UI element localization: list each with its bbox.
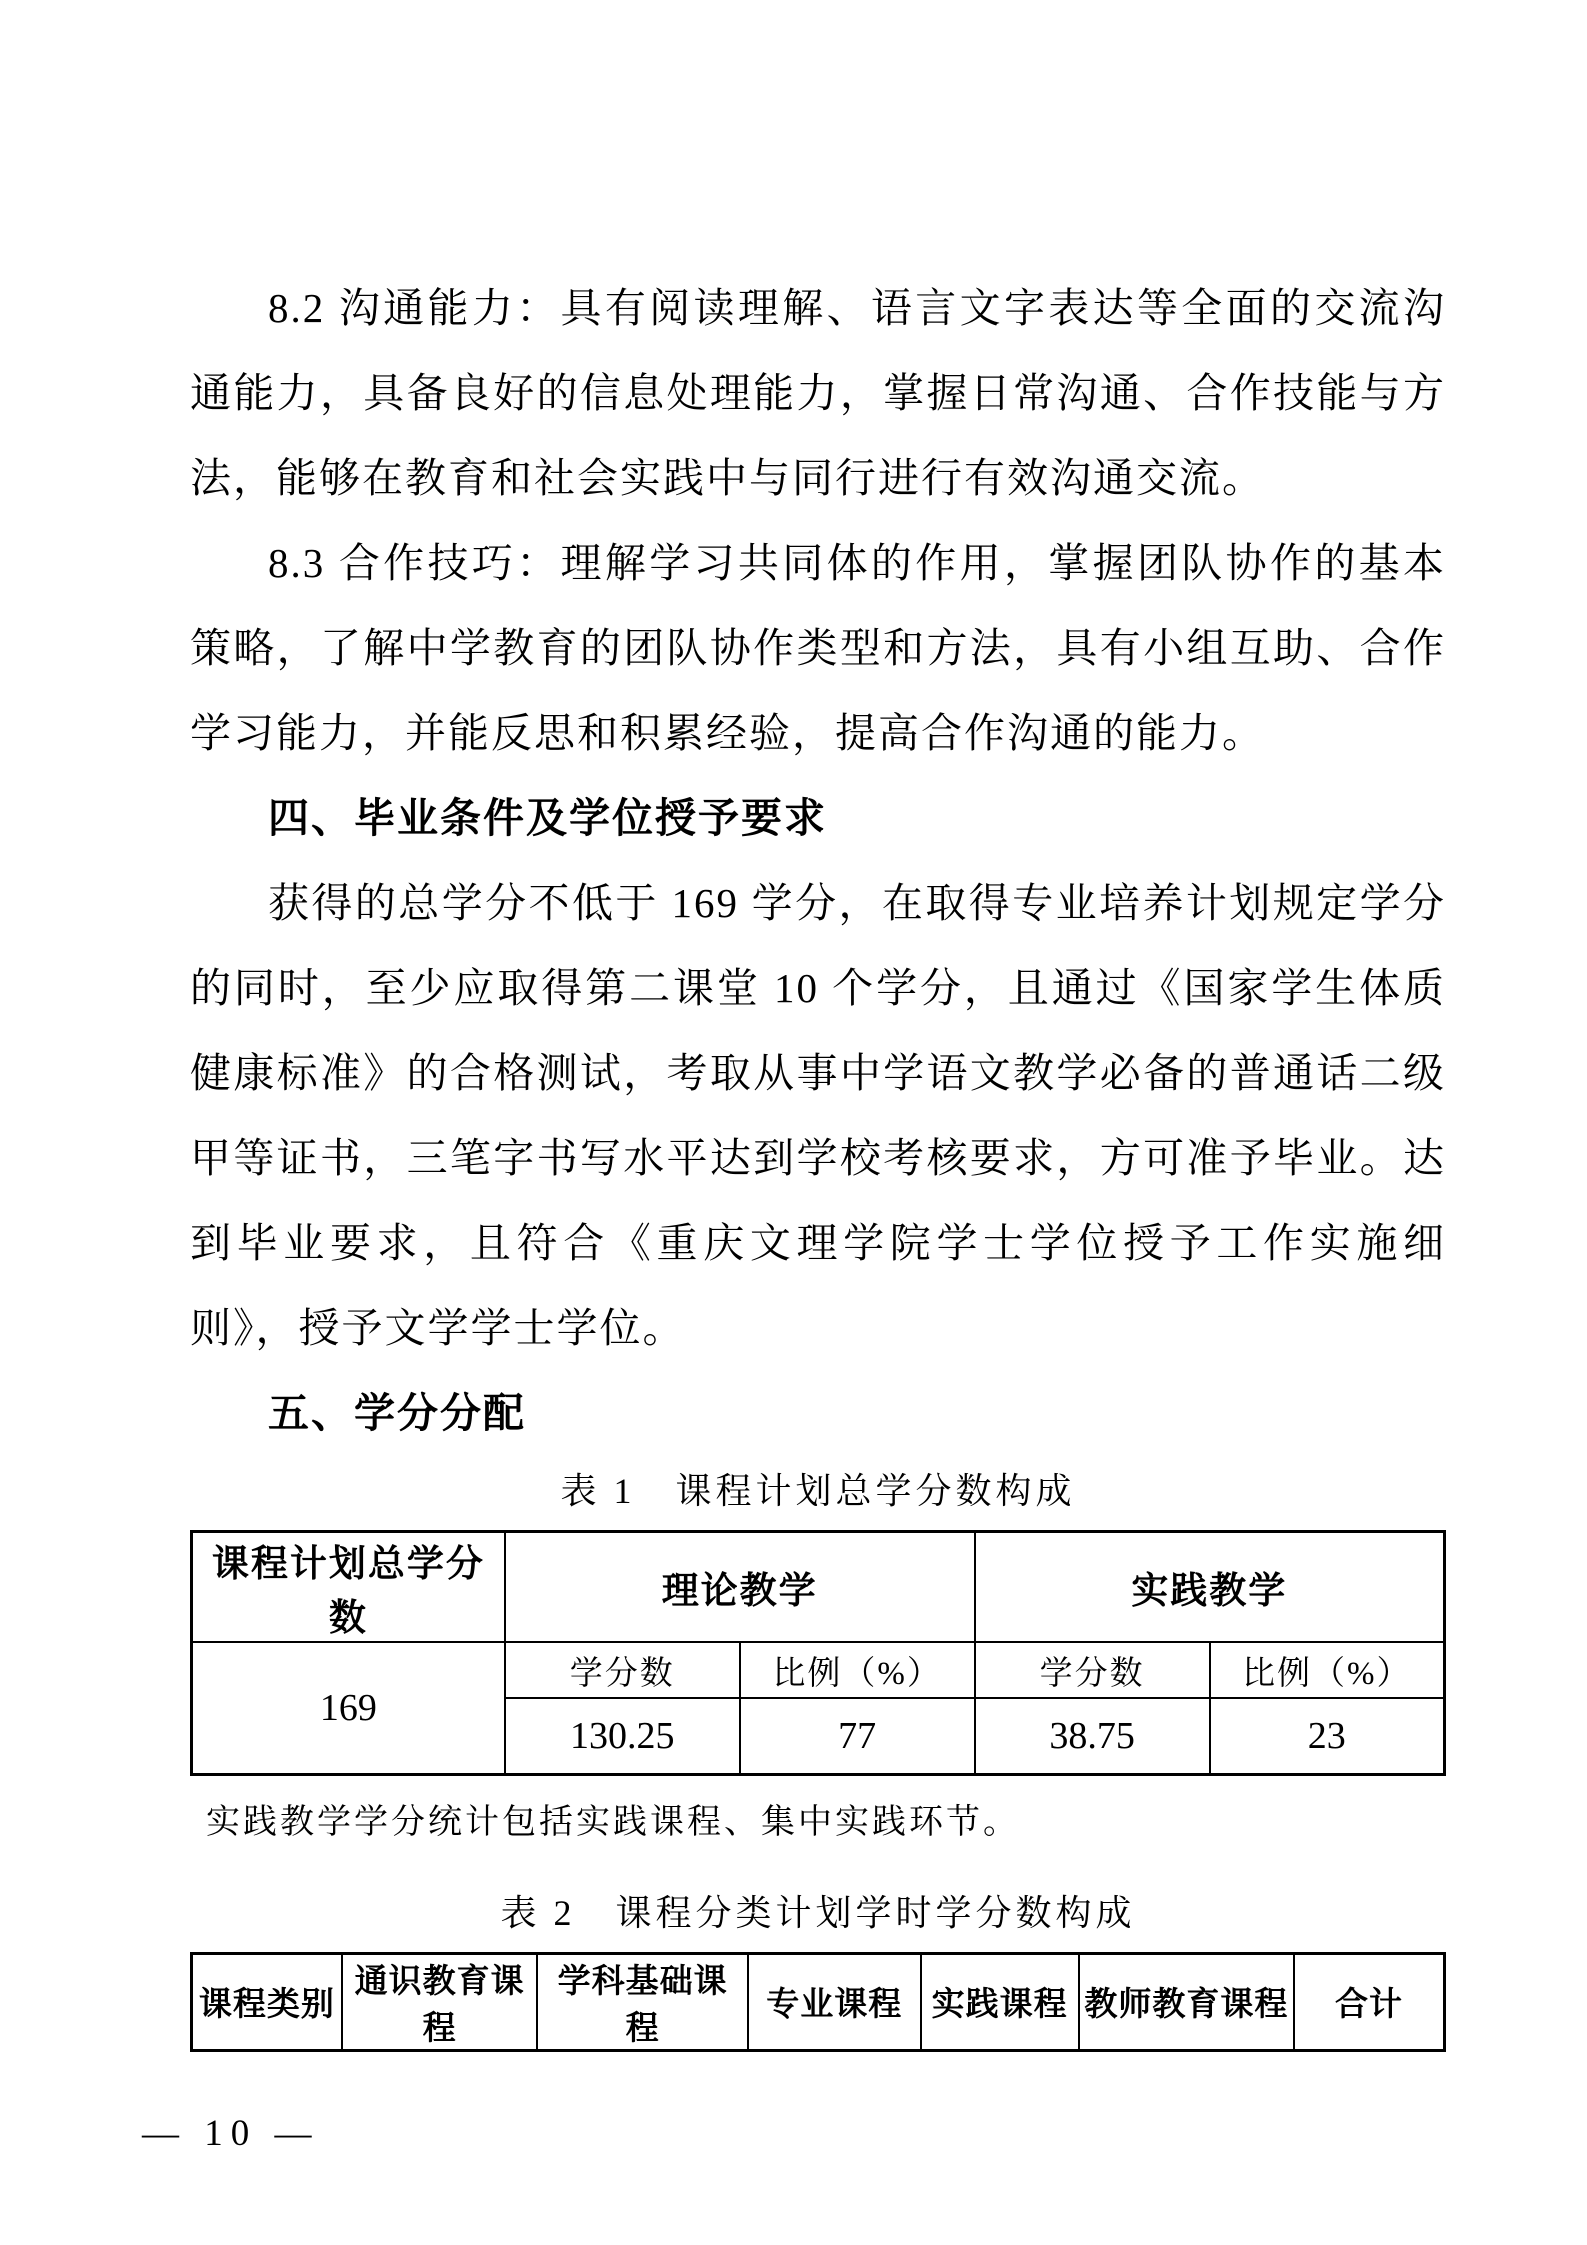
table-1-total-credits: 课程计划总学分数 理论教学 实践教学 169 学分数 比例（%） 学分数 比例（… — [190, 1530, 1446, 1776]
page-number: — 10 — — [142, 2112, 320, 2155]
table-2-header-row: 课程类别 通识教育课程 学科基础课程 专业课程 实践课程 教师教育课程 合计 — [192, 1953, 1445, 2050]
table-2-header-subject-foundation: 学科基础课程 — [537, 1953, 748, 2050]
table-1-subheader-practice-ratio: 比例（%） — [1210, 1642, 1445, 1698]
table-1-practice-ratio-value: 23 — [1210, 1698, 1445, 1774]
table-2-header-course-category: 课程类别 — [192, 1953, 342, 2050]
page-content: 8.2 沟通能力：具有阅读理解、语言文字表达等全面的交流沟通能力，具备良好的信息… — [190, 0, 1446, 2052]
table-2-header-teacher-education: 教师教育课程 — [1079, 1953, 1295, 2050]
table-1-subheader-practice-credits: 学分数 — [975, 1642, 1210, 1698]
table-1-header-total-credits: 课程计划总学分数 — [192, 1532, 505, 1643]
table-2-caption: 表 2 课程分类计划学时学分数构成 — [190, 1888, 1446, 1938]
table-1-header-practice-teaching: 实践教学 — [975, 1532, 1445, 1643]
table-1-caption: 表 1 课程计划总学分数构成 — [190, 1466, 1446, 1516]
paragraph-8-2-communication: 8.2 沟通能力：具有阅读理解、语言文字表达等全面的交流沟通能力，具备良好的信息… — [190, 266, 1446, 521]
table-1-footnote: 实践教学学分统计包括实践课程、集中实践环节。 — [206, 1800, 1446, 1846]
paragraph-graduation-degree: 获得的总学分不低于 169 学分，在取得专业培养计划规定学分的同时，至少应取得第… — [190, 861, 1446, 1371]
paragraph-8-3-cooperation: 8.3 合作技巧：理解学习共同体的作用，掌握团队协作的基本策略，了解中学教育的团… — [190, 521, 1446, 776]
table-2-header-total: 合计 — [1294, 1953, 1444, 2050]
table-1-theory-credits-value: 130.25 — [505, 1698, 740, 1774]
section-heading-5-credit-distribution: 五、学分分配 — [190, 1371, 1446, 1456]
table-2-header-general-education: 通识教育课程 — [342, 1953, 537, 2050]
table-1-header-row: 课程计划总学分数 理论教学 实践教学 — [192, 1532, 1445, 1643]
table-1-practice-credits-value: 38.75 — [975, 1698, 1210, 1774]
table-2-header-major-courses: 专业课程 — [748, 1953, 921, 2050]
table-1-subheader-theory-credits: 学分数 — [505, 1642, 740, 1698]
table-1-subheader-row: 169 学分数 比例（%） 学分数 比例（%） — [192, 1642, 1445, 1698]
table-1-theory-ratio-value: 77 — [740, 1698, 975, 1774]
table-1-header-theory-teaching: 理论教学 — [505, 1532, 975, 1643]
table-1-total-credits-value: 169 — [192, 1642, 505, 1774]
section-heading-4-graduation-requirements: 四、毕业条件及学位授予要求 — [190, 776, 1446, 861]
table-1-subheader-theory-ratio: 比例（%） — [740, 1642, 975, 1698]
table-2-course-categories: 课程类别 通识教育课程 学科基础课程 专业课程 实践课程 教师教育课程 合计 — [190, 1952, 1446, 2052]
table-2-header-practice-courses: 实践课程 — [921, 1953, 1079, 2050]
document-page: 8.2 沟通能力：具有阅读理解、语言文字表达等全面的交流沟通能力，具备良好的信息… — [0, 0, 1587, 2245]
